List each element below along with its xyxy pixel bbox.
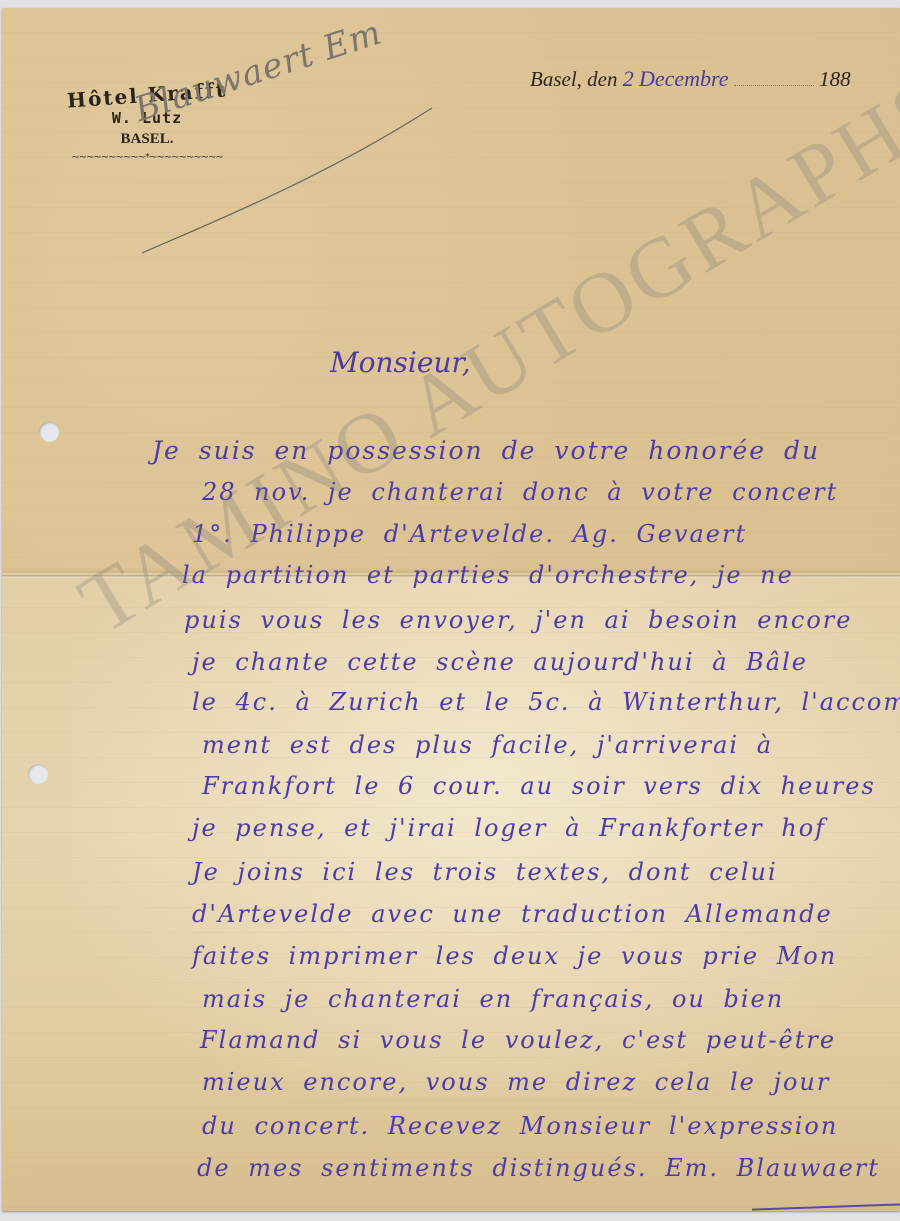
punch-hole-top (39, 422, 59, 442)
body-line: la partition et parties d'orchestre, je … (182, 561, 794, 589)
body-line: le 4c. à Zurich et le 5c. à Winterthur, … (192, 688, 900, 716)
letter-sheet: Hôtel Krafft W. Lutz BASEL. ~~~~~~~~~~*~… (2, 8, 900, 1211)
salutation: Monsieur, (330, 346, 471, 379)
body-line: Je suis en possession de votre honorée d… (152, 436, 820, 465)
body-line: mieux encore, vous me direz cela le jour (202, 1068, 830, 1096)
body-line: d'Artevelde avec une traduction Allemand… (192, 900, 833, 928)
dateline-day: 2 (623, 66, 634, 91)
dateline-dotted-rule (734, 85, 814, 86)
body-line: faites imprimer les deux je vous prie Mo… (192, 942, 837, 970)
body-line: 1°. Philippe d'Artevelde. Ag. Gevaert (192, 520, 747, 548)
body-line: ment est des plus facile, j'arriverai à (202, 731, 773, 759)
dateline-month: Decembre (639, 66, 729, 91)
body-line: je chante cette scène aujourd'hui à Bâle (192, 648, 808, 676)
body-line: je pense, et j'irai loger à Frankforter … (192, 814, 826, 842)
body-line-signature: de mes sentiments distingués. Em. Blauwa… (197, 1154, 880, 1182)
body-line: puis vous les envoyer, j'en ai besoin en… (184, 606, 852, 634)
body-line: Frankfort le 6 cour. au soir vers dix he… (202, 772, 876, 800)
dateline: Basel, den 2 Decembre 188 (530, 66, 851, 92)
dateline-year: 188 (819, 67, 851, 91)
punch-hole-bottom (28, 764, 48, 784)
body-line: Je joins ici les trois textes, dont celu… (192, 858, 778, 886)
body-line: du concert. Recevez Monsieur l'expressio… (202, 1112, 838, 1140)
body-line: Flamand si vous le voulez, c'est peut-êt… (200, 1026, 836, 1054)
body-line: 28 nov. je chanterai donc à votre concer… (202, 478, 838, 506)
dateline-place: Basel, den (530, 67, 617, 91)
body-line: mais je chanterai en français, ou bien (202, 985, 784, 1013)
